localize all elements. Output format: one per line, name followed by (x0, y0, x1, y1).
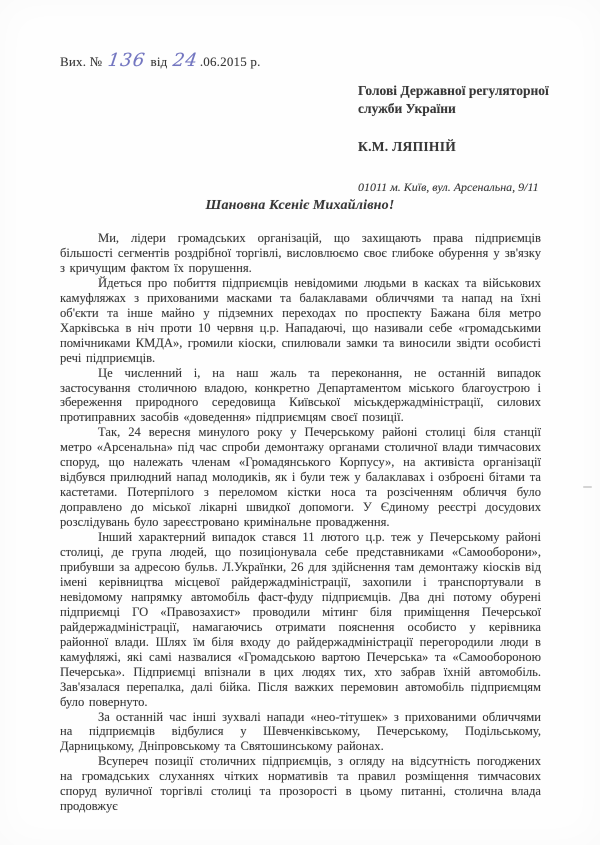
reference-date-rest: .06.2015 р. (200, 54, 261, 69)
paragraph: Інший характерний випадок стався 11 люто… (60, 530, 541, 709)
paragraph: Всупереч позиції столичних підприємців, … (60, 754, 541, 814)
ink-smudge (78, 18, 138, 52)
reference-number-handwritten: 136 (104, 50, 148, 71)
paragraph: Так, 24 вересня минулого року у Печерськ… (60, 425, 541, 530)
paragraph: За останній час інші зухвалі напади «нео… (60, 710, 541, 755)
paragraph: Ми, лідери громадських організацій, що з… (60, 231, 541, 276)
paragraph: Це численний і, на наш жаль та переконан… (60, 366, 541, 426)
scan-artifact (583, 486, 592, 488)
recipient-address: 01011 м. Київ, вул. Арсенальна, 9/11 (358, 178, 558, 196)
reference-day-handwritten: 24 (169, 50, 201, 71)
recipient-block: Голові Державної регуляторної служби Укр… (358, 82, 558, 196)
recipient-name: К.М. ЛЯПІНІЙ (358, 138, 558, 156)
recipient-title-line1: Голові Державної регуляторної (358, 82, 558, 100)
recipient-title-line2: служби України (358, 100, 558, 118)
salutation: Шановна Ксеніє Михайлівно! (0, 198, 600, 214)
reference-prefix: Вих. № (60, 54, 102, 69)
scanned-letter-page: Вих. № 136 від 24.06.2015 р. Голові Держ… (0, 0, 600, 845)
body-paragraphs: Ми, лідери громадських організацій, що з… (60, 231, 541, 814)
reference-middle: від (151, 54, 168, 69)
reference-line: Вих. № 136 від 24.06.2015 р. (60, 50, 261, 71)
paragraph: Йдеться про побиття підприємців невідоми… (60, 276, 541, 366)
